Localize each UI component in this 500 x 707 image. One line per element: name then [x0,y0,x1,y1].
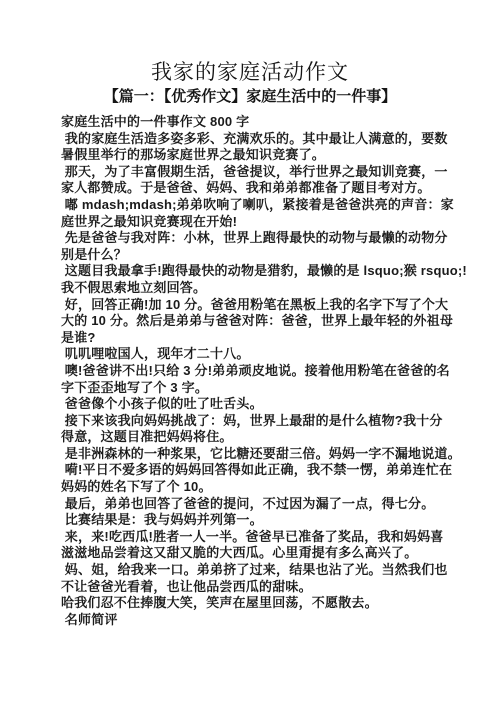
page-subtitle: 【篇一：【优秀作文】家庭生活中的一件事】 [0,85,500,106]
text-line: 别是什么？ [61,247,453,264]
text-line: 噢!爸爸讲不出!只给 3 分!弟弟顽皮地说。接着他用粉笔在爸爸的名 [61,363,453,380]
text-line: 先是爸爸与我对阵：小林，世界上跑得最快的动物与最懒的动物分 [61,230,453,247]
text-line: 家庭生活中的一件事作文 800 字 [61,114,453,131]
text-line: 庭世界之最知识竞赛现在开始! [61,214,453,231]
text-line: 来，来!吃西瓜!胜者一人一半。爸爸早已准备了奖品，我和妈妈喜 [61,529,453,546]
text-line: 好，回答正确!加 10 分。爸爸用粉笔在黑板上我的名字下写了个大 [61,297,453,314]
text-line: 妈妈的姓名下写了个 10。 [61,479,453,496]
text-line: 是谁? [61,330,453,347]
text-line: 接下来该我向妈妈挑战了：妈，世界上最甜的是什么植物?我十分 [61,413,453,430]
text-line: 我不假思索地立刻回答。 [61,280,453,297]
text-line: 不让爸爸光看着，也让他品尝西瓜的甜味。 [61,579,453,596]
document-page: 我家的家庭活动作文 【篇一：【优秀作文】家庭生活中的一件事】 家庭生活中的一件事… [0,0,500,707]
text-line: 嘟 mdash;mdash;弟弟吹响了喇叭，紧接着是爸爸洪亮的声音：家 [61,197,453,214]
text-line: 暑假里举行的那场家庭世界之最知识竞赛了。 [61,147,453,164]
text-line: 这题目我最拿手!跑得最快的动物是猎豹，最懒的是 lsquo;猴 rsquo;! [61,263,453,280]
text-line: 家人都赞成。于是爸爸、妈妈、我和弟弟都准备了题目考对方。 [61,180,453,197]
text-line: 名师简评 [61,612,453,629]
text-line: 我的家庭生活造多姿多彩、充满欢乐的。其中最让人满意的，要数 [61,131,453,148]
text-line: 是非洲森林的一种浆果，它比糖还要甜三倍。妈妈一字不漏地说道。 [61,446,453,463]
text-line: 那天，为了丰富假期生活，爸爸提议，举行世界之最知训竞赛，一 [61,164,453,181]
text-line: 滋滋地品尝着这又甜又脆的大西瓜。心里甭提有多么高兴了。 [61,545,453,562]
essay-body: 家庭生活中的一件事作文 800 字 我的家庭生活造多姿多彩、充满欢乐的。其中最让… [61,114,453,628]
text-line: 得意，这题目准把妈妈将住。 [61,429,453,446]
text-line: 比赛结果是：我与妈妈并列第一。 [61,512,453,529]
text-line: 哈我们忍不住捧腹大笑，笑声在屋里回荡，不愿散去。 [61,595,453,612]
text-line: 爸爸像个小孩子似的吐了吐舌头。 [61,396,453,413]
text-line: 字下歪歪地写了个 3 字。 [61,380,453,397]
text-line: 嗬!平日不爱多语的妈妈回答得如此正确，我不禁一愣，弟弟连忙在 [61,462,453,479]
text-line: 最后，弟弟也回答了爸爸的提问，不过因为漏了一点，得七分。 [61,496,453,513]
text-line: 大的 10 分。然后是弟弟与爸爸对阵：爸爸，世界上最年轻的外祖母 [61,313,453,330]
page-title: 我家的家庭活动作文 [0,56,500,86]
text-line: 妈、姐，给我来一口。弟弟挤了过来，结果也沾了光。当然我们也 [61,562,453,579]
text-line: 叽叽哩啦国人，现年才二十八。 [61,346,453,363]
